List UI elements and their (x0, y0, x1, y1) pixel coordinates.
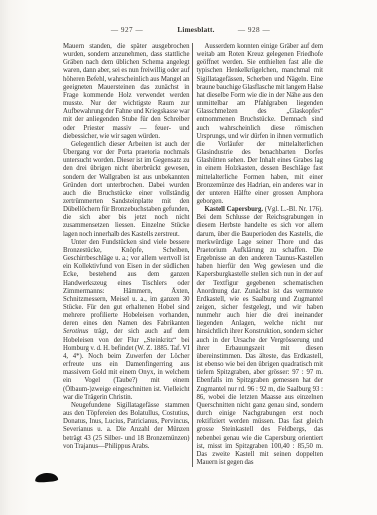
paragraph-text: Unter den Fundstücken sind viele bessere… (63, 239, 190, 328)
paragraph: Unter den Fundstücken sind viele bessere… (63, 239, 190, 402)
maker-name-italic: Serotinus (63, 328, 88, 335)
section-heading-bold: Kastell Capersburg. (205, 206, 264, 213)
journal-title: Limesblatt. (177, 26, 214, 34)
paragraph: Neugefundene Sigillatagefässe stammen au… (63, 402, 190, 451)
paragraph-text: Gelegentlich dieser Arbeiten ist auch de… (63, 141, 190, 238)
left-page-number: — 927 — (111, 26, 143, 34)
right-page-number: — 928 — (238, 26, 270, 34)
paragraph: Gelegentlich dieser Arbeiten ist auch de… (63, 141, 190, 239)
page-header: — 927 — Limesblatt. — 928 — (0, 26, 377, 38)
paragraph-text: Ausserdem konnten einige Gräber auf dem … (197, 43, 324, 205)
paragraph-text: (Vgl. L.-Bl. Nr. 176). Bei dem Schlusse … (197, 206, 324, 466)
right-column: Ausserdem konnten einige Gräber auf dem … (197, 43, 324, 467)
paragraph-text: trägt, der sich auch auf dem Hobeleisen … (63, 328, 190, 400)
column-divider (192, 43, 193, 467)
paragraph: Ausserdem konnten einige Gräber auf dem … (197, 43, 324, 206)
paragraph: Mauern standen, die später ausgebrochen … (63, 43, 190, 141)
paragraph: Kastell Capersburg. (Vgl. L.-Bl. Nr. 176… (197, 206, 324, 467)
left-column: Mauern standen, die später ausgebrochen … (63, 43, 190, 467)
ink-smudge (35, 472, 59, 483)
scanned-page: — 927 — Limesblatt. — 928 — Mauern stand… (0, 0, 377, 515)
paragraph-text: Mauern standen, die später ausgebrochen … (63, 43, 190, 140)
paragraph-text: Neugefundene Sigillatagefässe stammen au… (63, 402, 190, 450)
text-block: Mauern standen, die später ausgebrochen … (63, 43, 323, 467)
